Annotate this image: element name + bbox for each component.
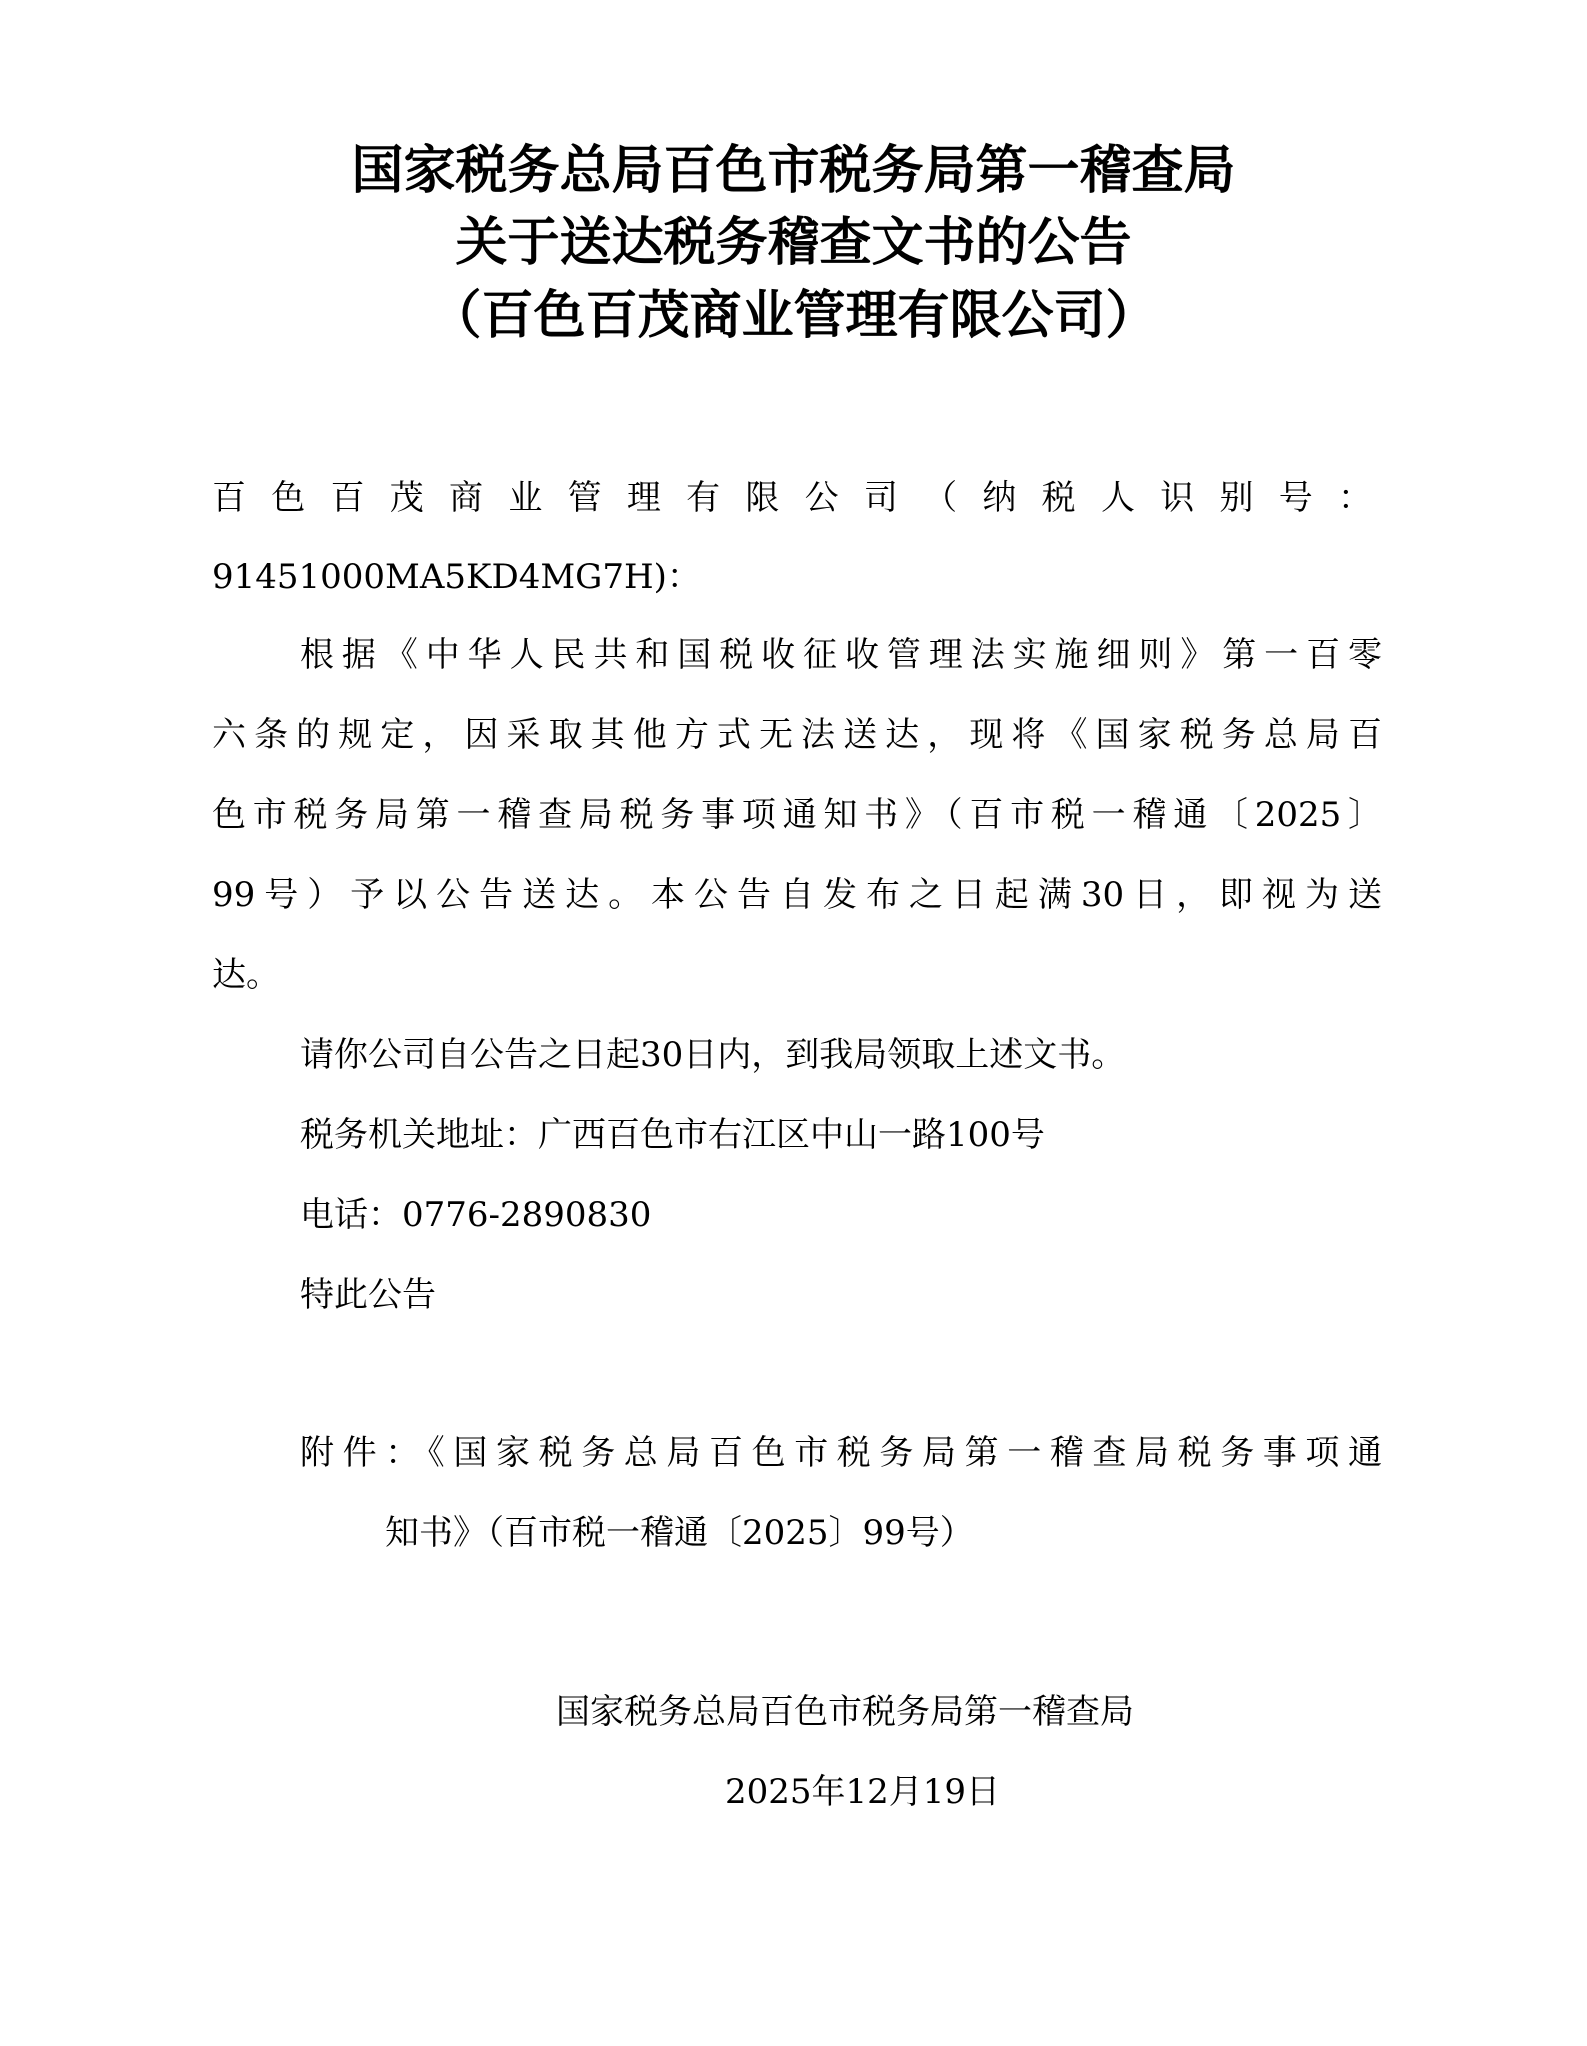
attachment-line: 知书》（百市税一稽通〔2025〕99号） xyxy=(385,1511,974,1555)
paragraph-line: 色市税务局第一稽查局税务事项通知书》（百市税一稽通〔2025〕 xyxy=(212,793,1382,837)
paragraph-line: 99号）予以公告送达。本公告自发布之日起满30日，即视为送 xyxy=(212,873,1382,917)
closing-statement: 特此公告 xyxy=(300,1273,436,1317)
salutation-line-company: 百色百茂商业管理有限公司（纳税人识别号： xyxy=(212,476,1382,520)
title-line-company: （百色百茂商业管理有限公司） xyxy=(0,285,1587,347)
document-page: 国家税务总局百色市税务局第一稽查局 关于送达税务稽查文书的公告 （百色百茂商业管… xyxy=(0,0,1587,2046)
issue-date: 2025年12月19日 xyxy=(725,1770,1000,1814)
title-line-issuer: 国家税务总局百色市税务局第一稽查局 xyxy=(0,140,1587,202)
tax-office-address: 税务机关地址：广西百色市右江区中山一路100号 xyxy=(300,1113,1045,1157)
issuer-signature: 国家税务总局百色市税务局第一稽查局 xyxy=(556,1690,1134,1734)
attachment-line: 附件：《国家税务总局百色市税务局第一稽查局税务事项通 xyxy=(300,1431,1382,1475)
paragraph-line: 达。 xyxy=(212,953,280,997)
paragraph-collection-notice: 请你公司自公告之日起30日内，到我局领取上述文书。 xyxy=(300,1033,1125,1077)
tax-office-phone: 电话：0776-2890830 xyxy=(300,1193,651,1237)
paragraph-line: 六条的规定，因采取其他方式无法送达，现将《国家税务总局百 xyxy=(212,713,1382,757)
paragraph-line: 根据《中华人民共和国税收征收管理法实施细则》第一百零 xyxy=(300,633,1382,677)
title-line-subject: 关于送达税务稽查文书的公告 xyxy=(0,212,1587,274)
salutation-line-taxpayer-id: 91451000MA5KD4MG7H)： xyxy=(212,555,701,599)
